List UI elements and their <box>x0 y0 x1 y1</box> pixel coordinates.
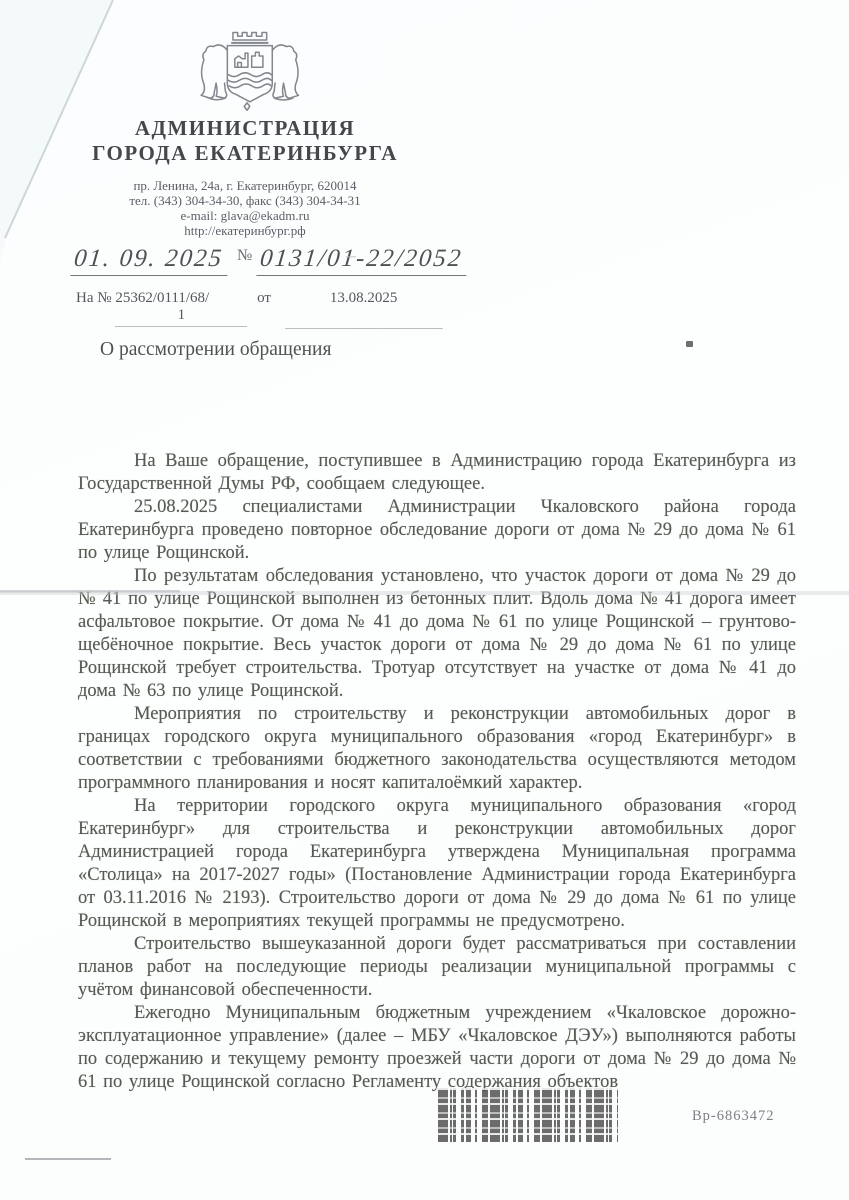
letterhead-address: пр. Ленина, 24а, г. Екатеринбург, 620014 <box>55 178 435 193</box>
organization-name: АДМИНИСТРАЦИЯ ГОРОДА ЕКАТЕРИНБУРГА <box>55 116 435 166</box>
coat-of-arms-icon <box>186 26 308 114</box>
reference-number-wrap: 1 <box>115 307 247 324</box>
outgoing-date-handwritten: 01. 09. 2025 <box>70 245 230 276</box>
letterhead-email: e-mail: glava@ekadm.ru <box>55 208 435 223</box>
scanned-letter-page: АДМИНИСТРАЦИЯ ГОРОДА ЕКАТЕРИНБУРГА пр. Л… <box>0 0 849 1200</box>
reference-date: 13.08.2025 <box>285 290 443 329</box>
paragraph-2: 25.08.2025 специалистами Администрации Ч… <box>78 496 796 565</box>
document-barcode <box>438 1088 618 1142</box>
number-sign: № <box>237 247 252 264</box>
paragraph-6: Строительство вышеуказанной дороги будет… <box>78 933 796 1002</box>
outgoing-number-handwritten: 0131/01-22/2052 <box>257 245 470 276</box>
reference-number: 25362/0111/68/1 <box>115 290 247 327</box>
organization-name-line2: ГОРОДА ЕКАТЕРИНБУРГА <box>55 141 435 166</box>
outgoing-requisites-row: 01. 09. 2025№0131/01-22/2052 <box>72 245 468 276</box>
letterhead-phone: тел. (343) 304-34-30, факс (343) 304-34-… <box>55 193 435 208</box>
document-barcode-label: Вр-6863472 <box>692 1108 775 1125</box>
letterhead-contact-block: пр. Ленина, 24а, г. Екатеринбург, 620014… <box>55 178 435 238</box>
paragraph-3: По результатам обследования установлено,… <box>78 565 796 703</box>
incoming-reference-row: На № 25362/0111/68/1 от 13.08.2025 <box>76 290 443 329</box>
organization-name-line1: АДМИНИСТРАЦИЯ <box>55 116 435 141</box>
letterhead-website: http://екатеринбург.рф <box>55 223 435 238</box>
letter-subject: О рассмотрении обращения <box>100 339 331 361</box>
paragraph-7: Ежегодно Муниципальным бюджетным учрежде… <box>78 1002 796 1094</box>
paragraph-5: На территории городского округа муниципа… <box>78 795 796 933</box>
reference-label: На № <box>76 290 112 306</box>
reference-from-label: от <box>257 290 271 307</box>
letter-body: На Ваше обращение, поступившее в Админис… <box>78 450 796 1094</box>
paragraph-4: Мероприятия по строительству и реконстру… <box>78 703 796 795</box>
paragraph-1: На Ваше обращение, поступившее в Админис… <box>78 450 796 496</box>
